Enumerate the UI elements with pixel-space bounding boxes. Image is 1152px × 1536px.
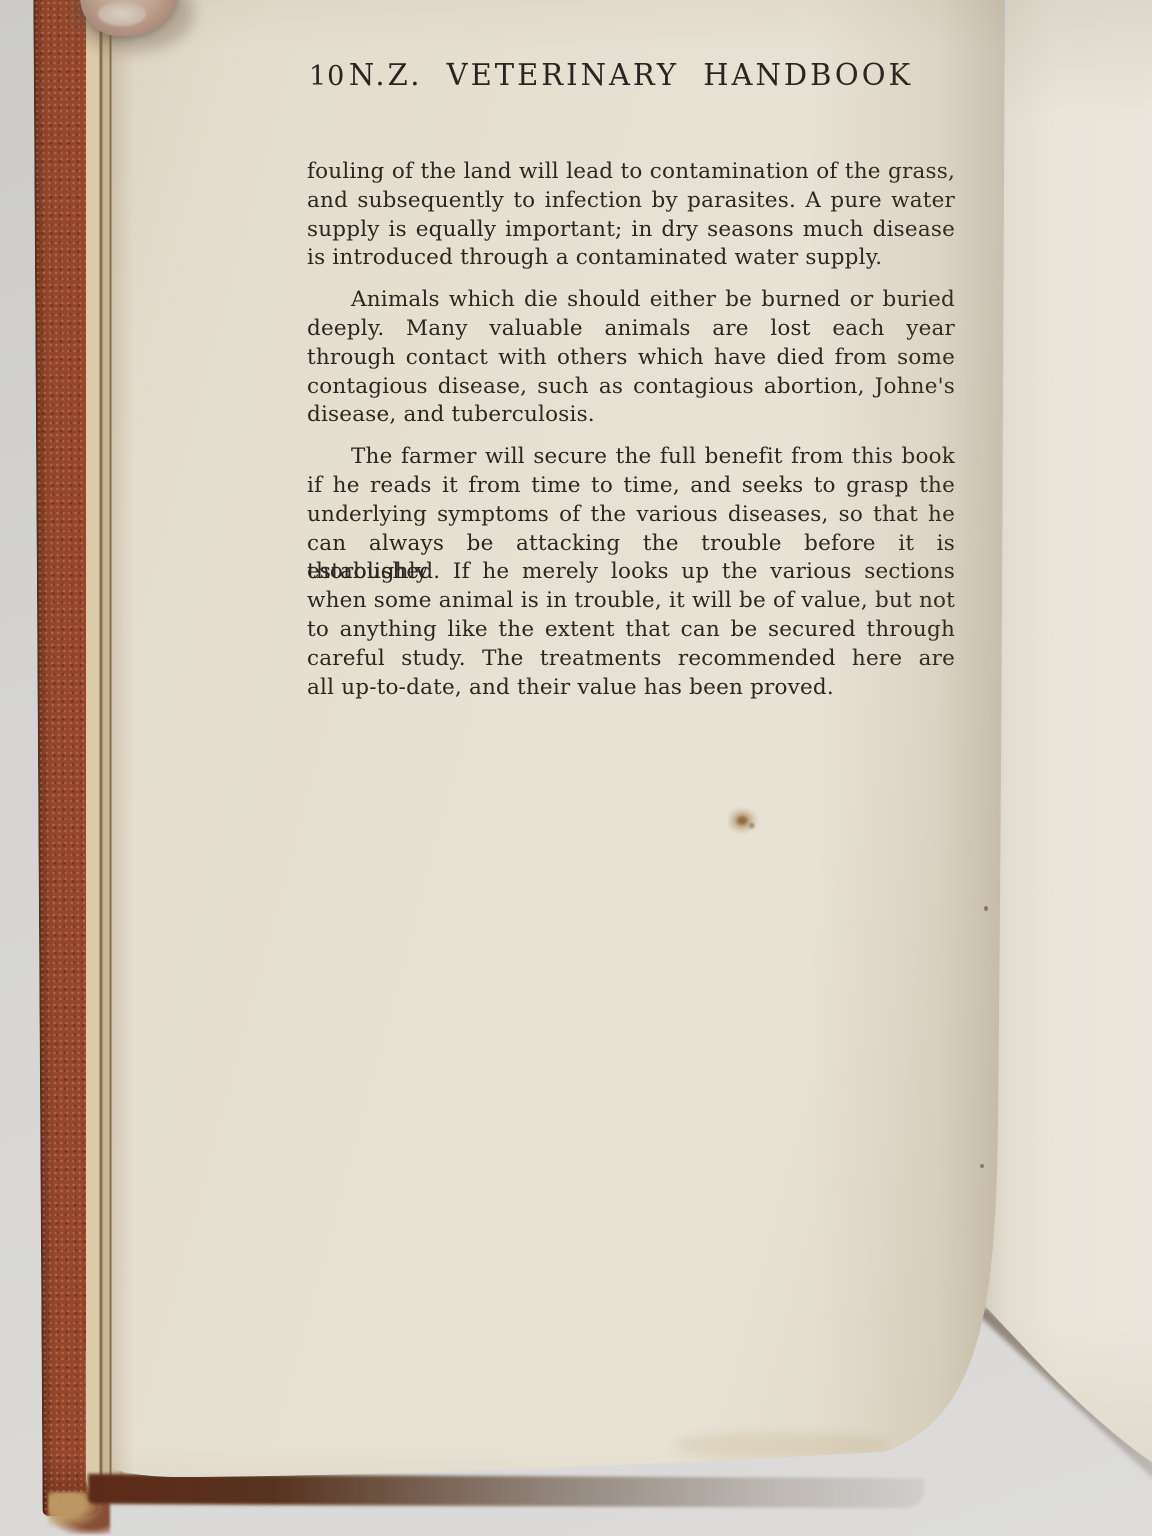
- text-line: disease, and tuberculosis.: [307, 401, 955, 430]
- text-line: all up-to-date, and their value has been…: [307, 674, 955, 703]
- text-line: when some animal is in trouble, it will …: [307, 587, 955, 616]
- text-line: contagious disease, such as contagious a…: [307, 373, 955, 402]
- text-line: supply is equally important; in dry seas…: [307, 216, 955, 245]
- cover-bottom-edge-shadow: [88, 1474, 924, 1508]
- facing-page: [978, 0, 1152, 1536]
- text-line: if he reads it from time to time, and se…: [307, 472, 955, 501]
- gutter-speck: [980, 1164, 984, 1168]
- running-title: N.Z. VETERINARY HANDBOOK: [349, 58, 913, 93]
- text-line: The farmer will secure the full benefit …: [307, 443, 955, 472]
- page-header: 10 N.Z. VETERINARY HANDBOOK: [307, 58, 955, 92]
- text-line: and subsequently to infection by parasit…: [307, 187, 955, 216]
- paragraph: Animals which die should either be burne…: [307, 286, 955, 430]
- page-stain: [728, 804, 762, 834]
- page-stain-faint: [672, 1432, 892, 1458]
- photo-of-open-book: { "page": { "number": "10", "title": "N.…: [0, 0, 1152, 1536]
- text-line: deeply. Many valuable animals are lost e…: [307, 315, 955, 344]
- text-line: careful study. The treatments recommende…: [307, 645, 955, 674]
- text-line: can always be attacking the trouble befo…: [307, 530, 955, 559]
- gutter-speck: [984, 906, 988, 911]
- text-line: Animals which die should either be burne…: [307, 286, 955, 315]
- page-stain-faint: [932, 1420, 1052, 1454]
- page-text: fouling of the land will lead to contami…: [307, 158, 955, 715]
- paragraph: fouling of the land will lead to contami…: [307, 158, 955, 273]
- paragraph: The farmer will secure the full benefit …: [307, 443, 955, 702]
- text-line: to anything like the extent that can be …: [307, 616, 955, 645]
- text-line: is introduced through a contaminated wat…: [307, 244, 955, 273]
- page-number: 10: [309, 61, 345, 92]
- fingernail: [98, 2, 146, 26]
- text-line: fouling of the land will lead to contami…: [307, 158, 955, 187]
- text-line: through contact with others which have d…: [307, 344, 955, 373]
- text-line: underlying symptoms of the various disea…: [307, 501, 955, 530]
- book-page: 10 N.Z. VETERINARY HANDBOOK fouling of t…: [112, 0, 1008, 1536]
- text-line: established. If he merely looks up the v…: [307, 558, 955, 587]
